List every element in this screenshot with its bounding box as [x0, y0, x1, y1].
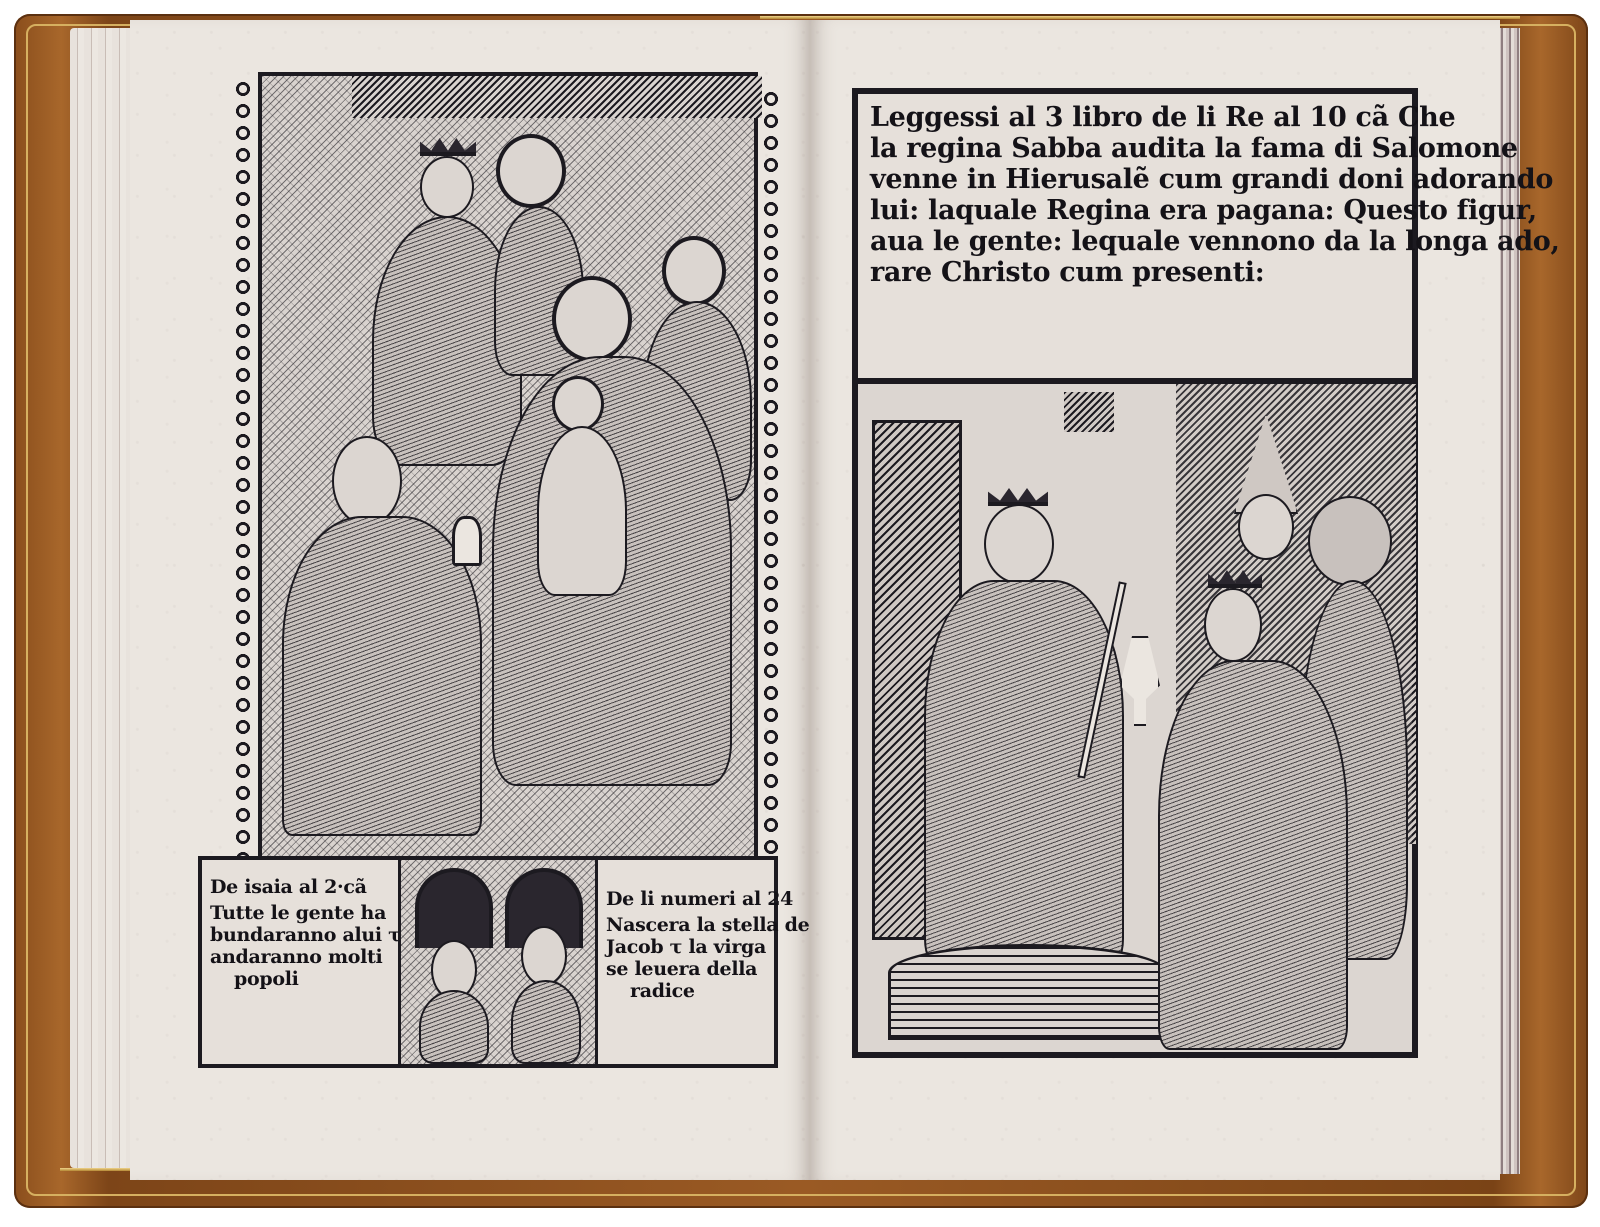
queen-head: [1204, 588, 1262, 662]
throne-platform: [888, 944, 1168, 1040]
solomon-head: [984, 504, 1054, 584]
window: [1064, 392, 1114, 432]
text-line: Leggessi al 3 libro de li Re al 10 cã Ch…: [870, 102, 1420, 133]
chalice-icon: [452, 516, 482, 566]
caption-isaia-line: bundaranno alui τ: [210, 924, 400, 946]
caption-isaia: De isaia al 2·cã Tutte le gente ha bunda…: [210, 876, 400, 990]
queen-figure: [1158, 660, 1348, 1050]
magus-head: [332, 436, 402, 526]
caption-isaia-line: andaranno molti: [210, 946, 400, 968]
caption-numeri-line: Nascera la stella de: [606, 914, 778, 936]
prophet-head: [521, 926, 567, 986]
text-line: la regina Sabba audita la fama di Salomo…: [870, 133, 1420, 164]
child-halo: [552, 376, 604, 432]
gilt-edge-top: [760, 16, 1520, 19]
joseph-halo: [662, 236, 726, 306]
caption-numeri-line: Jacob τ la virga: [606, 936, 778, 958]
chalice-icon: [1120, 636, 1160, 726]
crown-icon: [420, 138, 476, 156]
caption-numeri-line: radice: [606, 980, 778, 1002]
halo-icon: [496, 134, 566, 208]
solomon-figure: [924, 580, 1124, 970]
right-page: Leggessi al 3 libro de li Re al 10 cã Ch…: [810, 20, 1500, 1180]
caption-numeri-line: se leuera della: [606, 958, 778, 980]
text-line: rare Christo cum presenti:: [870, 257, 1420, 288]
left-page: De isaia al 2·cã Tutte le gente ha bunda…: [130, 20, 810, 1180]
text-block: Leggessi al 3 libro de li Re al 10 cã Ch…: [852, 88, 1418, 384]
vine-border-right: [758, 88, 784, 858]
caption-band: De isaia al 2·cã Tutte le gente ha bunda…: [198, 856, 778, 1068]
prophets-woodcut: [398, 860, 598, 1064]
caption-isaia-line: popoli: [210, 968, 400, 990]
stable-roof: [352, 76, 762, 118]
caption-isaia-line: Tutte le gente ha: [210, 902, 400, 924]
arch-left: [415, 868, 493, 948]
text-line: venne in Hierusalẽ cum grandi doni adora…: [870, 164, 1420, 195]
caption-numeri: De li numeri al 24 Nascera la stella de …: [606, 888, 778, 1002]
prophet-figure: [419, 990, 489, 1064]
attendant-head: [1238, 494, 1294, 560]
text-block-lines: Leggessi al 3 libro de li Re al 10 cã Ch…: [870, 102, 1420, 288]
caption-numeri-heading: De li numeri al 24: [606, 888, 778, 910]
text-line: aua le gente: lequale vennono da la long…: [870, 226, 1420, 257]
caption-isaia-heading: De isaia al 2·cã: [210, 876, 400, 898]
solomon-sheba-woodcut: [852, 378, 1418, 1058]
text-line: lui: laquale Regina era pagana: Questo f…: [870, 195, 1420, 226]
adoration-woodcut: [258, 72, 758, 862]
christ-child-figure: [537, 426, 627, 596]
turban: [1308, 496, 1392, 586]
prophet-figure: [511, 980, 581, 1064]
vine-border-left: [230, 78, 256, 858]
king-head: [420, 156, 474, 218]
mary-halo: [552, 276, 632, 362]
